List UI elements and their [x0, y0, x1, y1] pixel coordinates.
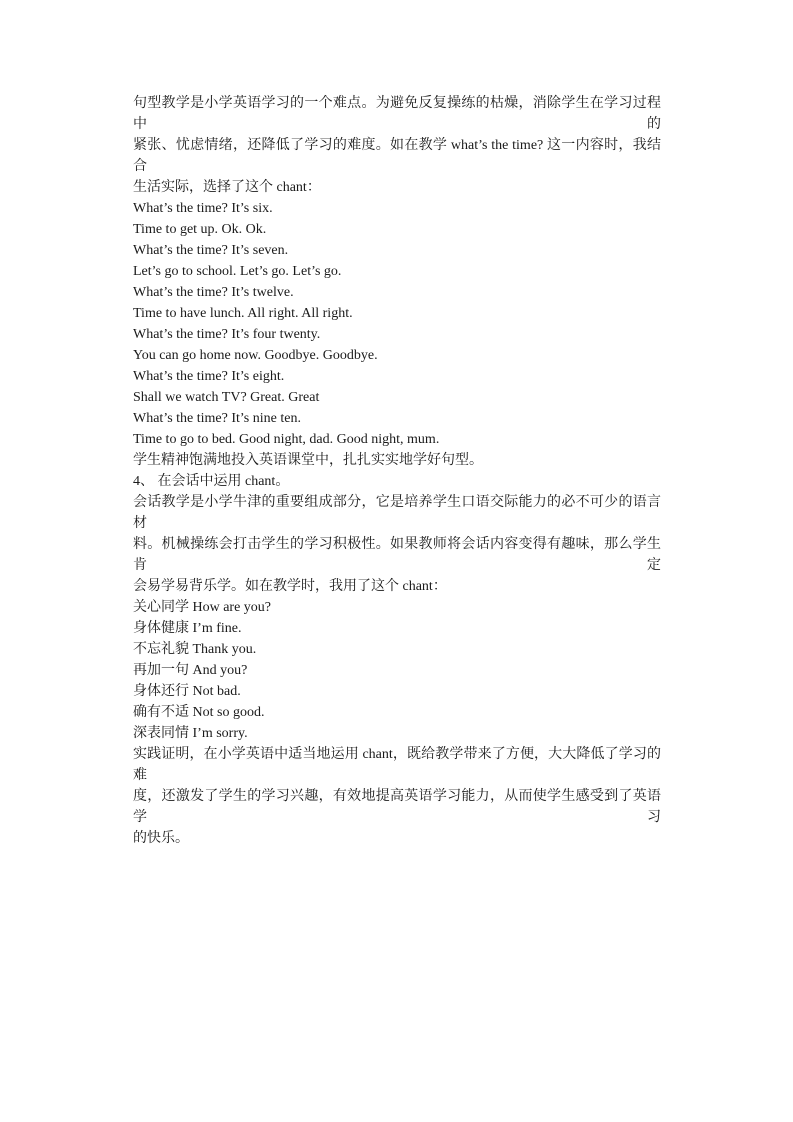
text-line: 4、 在会话中运用 chant。 — [133, 471, 661, 492]
text-line: Time to go to bed. Good night, dad. Good… — [133, 429, 661, 450]
text-line: 紧张、忧虑情绪，还降低了学习的难度。如在教学 what’s the time? … — [133, 135, 661, 177]
text-line: What’s the time? It’s four twenty. — [133, 324, 661, 345]
text-line: 度，还激发了学生的学习兴趣，有效地提高英语学习能力，从而使学生感受到了英语学习 — [133, 786, 661, 828]
text-line: 不忘礼貌 Thank you. — [133, 639, 661, 660]
text-line: You can go home now. Goodbye. Goodbye. — [133, 345, 661, 366]
text-line: 句型教学是小学英语学习的一个难点。为避免反复操练的枯燥，消除学生在学习过程中的 — [133, 93, 661, 135]
text-line: 会易学易背乐学。如在教学时，我用了这个 chant： — [133, 576, 661, 597]
text-line: 身体健康 I’m fine. — [133, 618, 661, 639]
text-line: What’s the time? It’s seven. — [133, 240, 661, 261]
text-line: What’s the time? It’s eight. — [133, 366, 661, 387]
text-line: 关心同学 How are you? — [133, 597, 661, 618]
text-line: 身体还行 Not bad. — [133, 681, 661, 702]
text-line: Time to have lunch. All right. All right… — [133, 303, 661, 324]
text-line: 学生精神饱满地投入英语课堂中，扎扎实实地学好句型。 — [133, 450, 661, 471]
text-line: What’s the time? It’s nine ten. — [133, 408, 661, 429]
text-line: 再加一句 And you? — [133, 660, 661, 681]
document-body: 句型教学是小学英语学习的一个难点。为避免反复操练的枯燥，消除学生在学习过程中的紧… — [133, 93, 661, 849]
text-line: Shall we watch TV? Great. Great — [133, 387, 661, 408]
text-line: 生活实际，选择了这个 chant： — [133, 177, 661, 198]
text-line: Let’s go to school. Let’s go. Let’s go. — [133, 261, 661, 282]
text-line: 的快乐。 — [133, 828, 661, 849]
text-line: What’s the time? It’s six. — [133, 198, 661, 219]
text-line: 实践证明，在小学英语中适当地运用 chant，既给教学带来了方便，大大降低了学习… — [133, 744, 661, 786]
text-line: What’s the time? It’s twelve. — [133, 282, 661, 303]
text-line: 确有不适 Not so good. — [133, 702, 661, 723]
document-page: 句型教学是小学英语学习的一个难点。为避免反复操练的枯燥，消除学生在学习过程中的紧… — [0, 0, 793, 1122]
text-line: 会话教学是小学牛津的重要组成部分，它是培养学生口语交际能力的必不可少的语言材 — [133, 492, 661, 534]
text-line: 深表同情 I’m sorry. — [133, 723, 661, 744]
text-line: 料。机械操练会打击学生的学习积极性。如果教师将会话内容变得有趣味，那么学生肯定 — [133, 534, 661, 576]
text-line: Time to get up. Ok. Ok. — [133, 219, 661, 240]
